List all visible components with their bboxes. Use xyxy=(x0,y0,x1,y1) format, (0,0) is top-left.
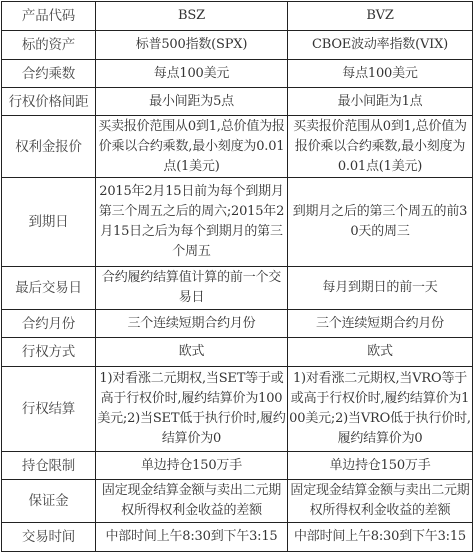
cell-bvz: 1)对看涨二元期权,当VRO等于或高于行权价时,履约结算价为100美元;2)当V… xyxy=(288,367,473,452)
cell-bvz: 到期月之后的第三个周五的前30天的周三 xyxy=(288,178,473,267)
cell-bvz: 欧式 xyxy=(288,338,473,367)
table-row-exercise-settlement: 行权结算 1)对看涨二元期权,当SET等于或高于行权价时,履约结算价为100美元… xyxy=(2,367,473,452)
binary-options-spec-table: 产品代码 BSZ BVZ 标的资产 标普500指数(SPX) CBOE波动率指数… xyxy=(1,1,473,552)
row-label: 最后交易日 xyxy=(2,267,96,310)
cell-bvz: CBOE波动率指数(VIX) xyxy=(288,31,473,60)
cell-bvz: 最小间距为1点 xyxy=(288,88,473,116)
cell-bsz: 单边持仓150万手 xyxy=(96,452,288,480)
header-bvz: BVZ xyxy=(288,2,473,31)
row-label: 持仓限制 xyxy=(2,452,96,480)
table-row-expiration: 到期日 2015年2月15日前为每个到期月第三个周五之后的周六;2015年2月1… xyxy=(2,178,473,267)
header-row: 产品代码 BSZ BVZ xyxy=(2,2,473,31)
cell-bvz: 每月到期日的前一天 xyxy=(288,267,473,310)
row-label: 行权方式 xyxy=(2,338,96,367)
cell-bsz: 买卖报价范围从0到1,总价值为报价乘以合约乘数,最小刻度为0.01点(1美元) xyxy=(96,116,288,178)
cell-bsz: 1)对看涨二元期权,当SET等于或高于行权价时,履约结算价为100美元;2)当S… xyxy=(96,367,288,452)
table-row-margin: 保证金 固定现金结算金额与卖出二元期权所得权利金收益的差额 固定现金结算金额与卖… xyxy=(2,480,473,523)
table-row-trading-hours: 交易时间 中部时间上午8:30到下午3:15 中部时间上午8:30到下午3:15 xyxy=(2,523,473,552)
cell-bsz: 三个连续短期合约月份 xyxy=(96,310,288,338)
cell-bsz: 固定现金结算金额与卖出二元期权所得权利金收益的差额 xyxy=(96,480,288,523)
table-row-strike-interval: 行权价格间距 最小间距为5点 最小间距为1点 xyxy=(2,88,473,116)
cell-bsz: 标普500指数(SPX) xyxy=(96,31,288,60)
row-label: 到期日 xyxy=(2,178,96,267)
row-label: 交易时间 xyxy=(2,523,96,552)
table-row-last-trading-day: 最后交易日 合约履约结算值计算的前一个交易日 每月到期日的前一天 xyxy=(2,267,473,310)
cell-bvz: 每点100美元 xyxy=(288,60,473,88)
cell-bsz: 合约履约结算值计算的前一个交易日 xyxy=(96,267,288,310)
cell-bsz: 中部时间上午8:30到下午3:15 xyxy=(96,523,288,552)
cell-bsz: 欧式 xyxy=(96,338,288,367)
row-label: 行权价格间距 xyxy=(2,88,96,116)
row-label: 保证金 xyxy=(2,480,96,523)
cell-bsz: 每点100美元 xyxy=(96,60,288,88)
table-row-underlying: 标的资产 标普500指数(SPX) CBOE波动率指数(VIX) xyxy=(2,31,473,60)
cell-bsz: 2015年2月15日前为每个到期月第三个周五之后的周六;2015年2月15日之后… xyxy=(96,178,288,267)
cell-bsz: 最小间距为5点 xyxy=(96,88,288,116)
table-row-exercise-style: 行权方式 欧式 欧式 xyxy=(2,338,473,367)
row-label: 权利金报价 xyxy=(2,116,96,178)
header-product-code: 产品代码 xyxy=(2,2,96,31)
table-row-position-limit: 持仓限制 单边持仓150万手 单边持仓150万手 xyxy=(2,452,473,480)
table-row-contract-months: 合约月份 三个连续短期合约月份 三个连续短期合约月份 xyxy=(2,310,473,338)
cell-bvz: 三个连续短期合约月份 xyxy=(288,310,473,338)
row-label: 合约月份 xyxy=(2,310,96,338)
cell-bvz: 单边持仓150万手 xyxy=(288,452,473,480)
cell-bvz: 买卖报价范围从0到1,总价值为报价乘以合约乘数,最小刻度为0.01点(1美元) xyxy=(288,116,473,178)
table-row-premium-quote: 权利金报价 买卖报价范围从0到1,总价值为报价乘以合约乘数,最小刻度为0.01点… xyxy=(2,116,473,178)
cell-bvz: 中部时间上午8:30到下午3:15 xyxy=(288,523,473,552)
header-bsz: BSZ xyxy=(96,2,288,31)
cell-bvz: 固定现金结算金额与卖出二元期权所得权利金收益的差额 xyxy=(288,480,473,523)
row-label: 行权结算 xyxy=(2,367,96,452)
row-label: 合约乘数 xyxy=(2,60,96,88)
row-label: 标的资产 xyxy=(2,31,96,60)
table-row-multiplier: 合约乘数 每点100美元 每点100美元 xyxy=(2,60,473,88)
